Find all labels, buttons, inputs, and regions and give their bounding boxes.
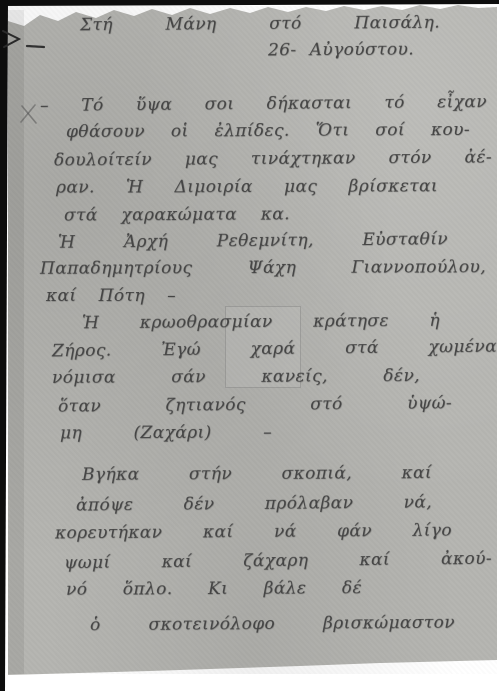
handwriting-line: στά χαρακώματα κα. xyxy=(64,206,290,224)
handwriting-line: μη (Ζαχάρι) – xyxy=(60,425,272,443)
location-line: Στή Μάνη στό Παισάλη. xyxy=(80,15,440,35)
handwriting-line: κορευτήκαν καί νά φάν λίγο xyxy=(55,523,452,543)
handwriting-line: Ἡ κρωοθρασμίαν κράτησε ἡ xyxy=(82,313,440,332)
handwriting-line: Βγήκα στήν σκοπιά, καί xyxy=(82,465,432,484)
handwriting-line: ὅταν ζητιανός στό ὑψώ- xyxy=(58,395,452,415)
handwriting-line: Ἡ Ἀρχή Ρεθεμνίτη, Εὐσταθίν xyxy=(58,231,448,251)
scanned-letter-page: Στή Μάνη στό Παισάλη. 26- Αὐγούστου. – Τ… xyxy=(0,0,499,691)
handwriting-line: – Τό ὕψα σοι δήκασται τό εἶχαν xyxy=(40,94,487,115)
handwriting-line: φθάσουν οἱ ἐλπίδες. Ὅτι σοί κου- xyxy=(66,122,470,141)
paper-left-shading xyxy=(8,10,24,674)
handwriting-line: Ζήρος. Ἐγώ χαρά στά χωμένα xyxy=(52,339,497,361)
handwriting-line: καί Πότη – xyxy=(46,288,176,305)
handwriting-line: ὁ σκοτεινόλοφο βρισκώμαστον xyxy=(90,615,455,635)
handwriting-line: δουλοίτείν μας τινάχτηκαν στόν ἀέ- xyxy=(54,149,492,169)
handwriting-line: νό ὅπλο. Κι βάλε δέ xyxy=(66,580,362,599)
handwriting-line: νόμισα σάν κανείς, δέν, xyxy=(52,368,420,387)
handwriting-line: Παπαδημητρίους Ψάχη Γιαννοπούλου, xyxy=(40,259,486,278)
date-line: 26- Αὐγούστου. xyxy=(268,42,414,60)
handwriting-line: ἀπόψε δέν πρόλαβαν νά, xyxy=(76,494,432,514)
handwriting-line: ραν. Ἡ Διμοιρία μας βρίσκεται xyxy=(56,178,438,196)
dash-mark xyxy=(27,46,44,47)
handwriting-line: ψωμί καί ζάχαρη καί ἀκού- xyxy=(64,551,492,572)
